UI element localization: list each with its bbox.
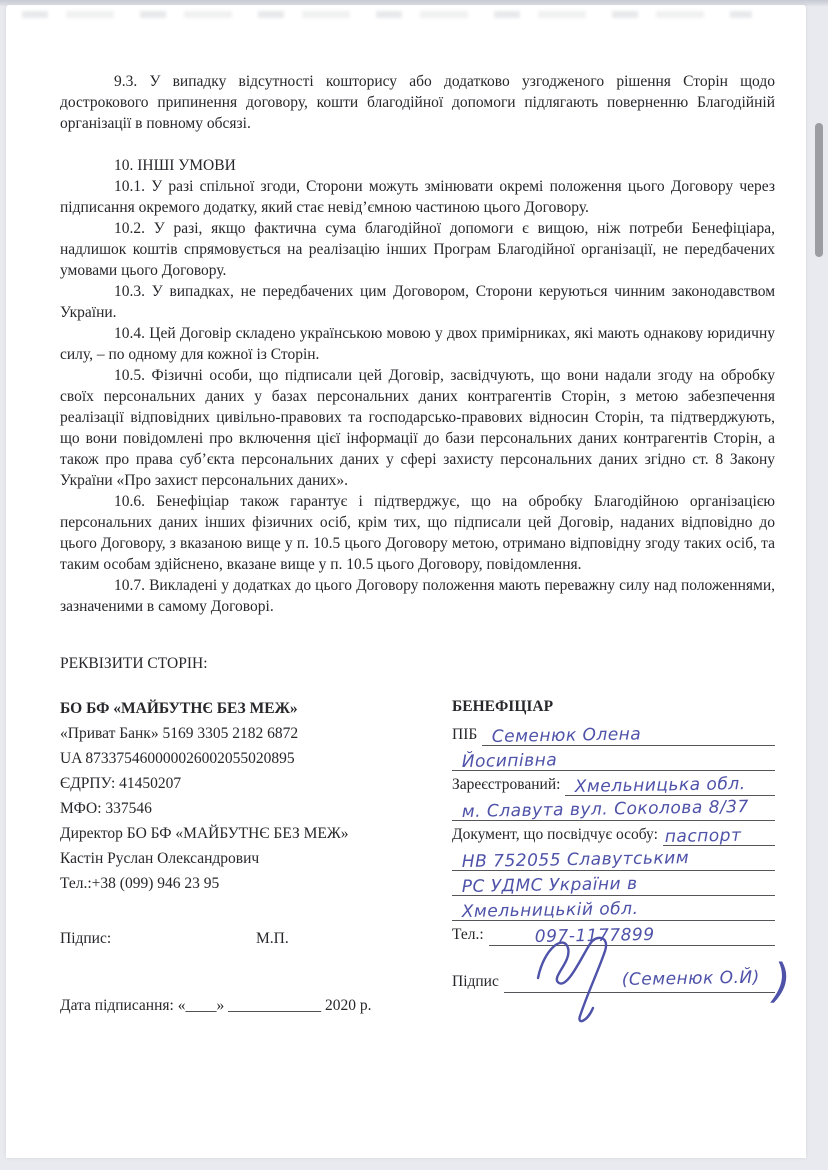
organization-edrpu-line: ЄДРПУ: 41450207 (60, 771, 452, 796)
organization-bank-line: «Приват Банк» 5169 3305 2182 6872 (60, 721, 452, 746)
organization-director-title-line: Директор БО БФ «МАЙБУТНЄ БЕЗ МЕЖ» (60, 821, 452, 846)
beneficiary-form: БЕНЕФІЦІАР ПІБ Семенюк Олена Йосипівна (452, 696, 775, 1018)
pib-field-line: Семенюк Олена (482, 722, 775, 746)
registered-field-line: Хмельницька обл. (565, 772, 775, 796)
paragraph-10-2: 10.2. У разі, якщо фактична сума благоді… (60, 218, 775, 281)
handwritten-registered-line2: м. Славута вул. Соколова 8/37 (462, 797, 749, 822)
beneficiary-document-row: Документ, що посвідчує особу: паспорт (452, 821, 775, 846)
organization-signature-label: Підпис: (60, 930, 111, 947)
viewer-screen: 9.3. У випадку відсутності кошторису або… (0, 0, 828, 1170)
beneficiary-sign-label: Підпис (452, 971, 504, 993)
beneficiary-document-row-3: РС УДМС України в (452, 871, 775, 896)
beneficiary-name-row-2: Йосипівна (452, 746, 775, 771)
handwritten-registered-line1: Хмельницька обл. (575, 774, 746, 797)
beneficiary-document-row-2: НВ 752055 Славутським (452, 846, 775, 871)
section-heading-10: 10. ІНШІ УМОВИ (60, 155, 775, 176)
document-field-line-2: НВ 752055 Славутським (452, 847, 775, 871)
handwritten-signature-name: (Семенюк О.Й) (622, 968, 760, 990)
paragraph-10-5: 10.5. Фізичні особи, що підписали цей До… (60, 365, 775, 491)
document-label: Документ, що посвідчує особу: (452, 824, 663, 846)
document-field-line-3: РС УДМС України в (452, 872, 775, 896)
registered-label: Зареєстрований: (452, 774, 565, 796)
beneficiary-document-row-4: Хмельницькій обл. (452, 896, 775, 921)
paragraph-10-3: 10.3. У випадках, не передбачених цим До… (60, 281, 775, 323)
organization-signature-row: Підпис: М.П. (60, 926, 452, 947)
paragraph-10-4: 10.4. Цей Договір складено українською м… (60, 323, 775, 365)
requisites-columns: БО БФ «МАЙБУТНЄ БЕЗ МЕЖ» «Приват Банк» 5… (60, 696, 775, 1018)
beneficiary-registered-row: Зареєстрований: Хмельницька обл. (452, 771, 775, 796)
signature-field-line: (Семенюк О.Й) ) (504, 962, 775, 993)
paragraph-10-6: 10.6. Бенефіціар також гарантує і підтве… (60, 491, 775, 575)
paragraph-10-7: 10.7. Викладені у додатках до цього Дого… (60, 575, 775, 617)
document-content: 9.3. У випадку відсутності кошторису або… (60, 5, 775, 1018)
handwritten-document-line4: Хмельницькій обл. (462, 899, 639, 922)
registered-field-line-2: м. Славута вул. Соколова 8/37 (452, 797, 775, 821)
pib-field-line-2: Йосипівна (452, 747, 775, 771)
organization-details: БО БФ «МАЙБУТНЄ БЕЗ МЕЖ» «Приват Банк» 5… (60, 696, 452, 1018)
handwritten-document-line2: НВ 752055 Славутським (462, 848, 690, 872)
seal-placeholder-label: М.П. (256, 926, 289, 951)
signing-date-line: Дата підписання: «____» ____________ 202… (60, 993, 452, 1018)
scrollbar-thumb[interactable] (815, 123, 823, 257)
handwritten-document-line3: РС УДМС України в (462, 874, 638, 897)
organization-mfo-line: МФО: 337546 (60, 796, 452, 821)
organization-director-name-line: Кастін Руслан Олександрович (60, 846, 452, 871)
document-page: 9.3. У випадку відсутності кошторису або… (6, 5, 806, 1158)
signature-closing-paren: ) (773, 954, 791, 1008)
pib-label: ПІБ (452, 724, 482, 746)
beneficiary-name-row: ПІБ Семенюк Олена (452, 721, 775, 746)
document-field-line: паспорт (663, 822, 775, 846)
requisites-title: РЕКВІЗИТИ СТОРІН: (60, 653, 775, 674)
signature-flourish-icon (530, 926, 622, 1022)
document-field-line-4: Хмельницькій обл. (452, 897, 775, 921)
organization-name: БО БФ «МАЙБУТНЄ БЕЗ МЕЖ» (60, 696, 452, 721)
organization-phone-line: Тел.:+38 (099) 946 23 95 (60, 871, 452, 896)
tel-label: Тел.: (452, 924, 489, 946)
beneficiary-signature-row: Підпис (Семенюк О.Й) ) (452, 962, 775, 993)
contract-body: 9.3. У випадку відсутності кошторису або… (60, 5, 775, 617)
paragraph-9-3: 9.3. У випадку відсутності кошторису або… (60, 71, 775, 134)
organization-iban-line: UA 873375460000026002055020895 (60, 746, 452, 771)
beneficiary-title: БЕНЕФІЦІАР (452, 696, 775, 718)
handwritten-name-line2: Йосипівна (462, 750, 558, 772)
beneficiary-registered-row-2: м. Славута вул. Соколова 8/37 (452, 796, 775, 821)
handwritten-document-line1: паспорт (665, 826, 742, 847)
handwritten-name-line1: Семенюк Олена (492, 724, 642, 747)
paragraph-10-1: 10.1. У разі спільної згоди, Сторони мож… (60, 176, 775, 218)
